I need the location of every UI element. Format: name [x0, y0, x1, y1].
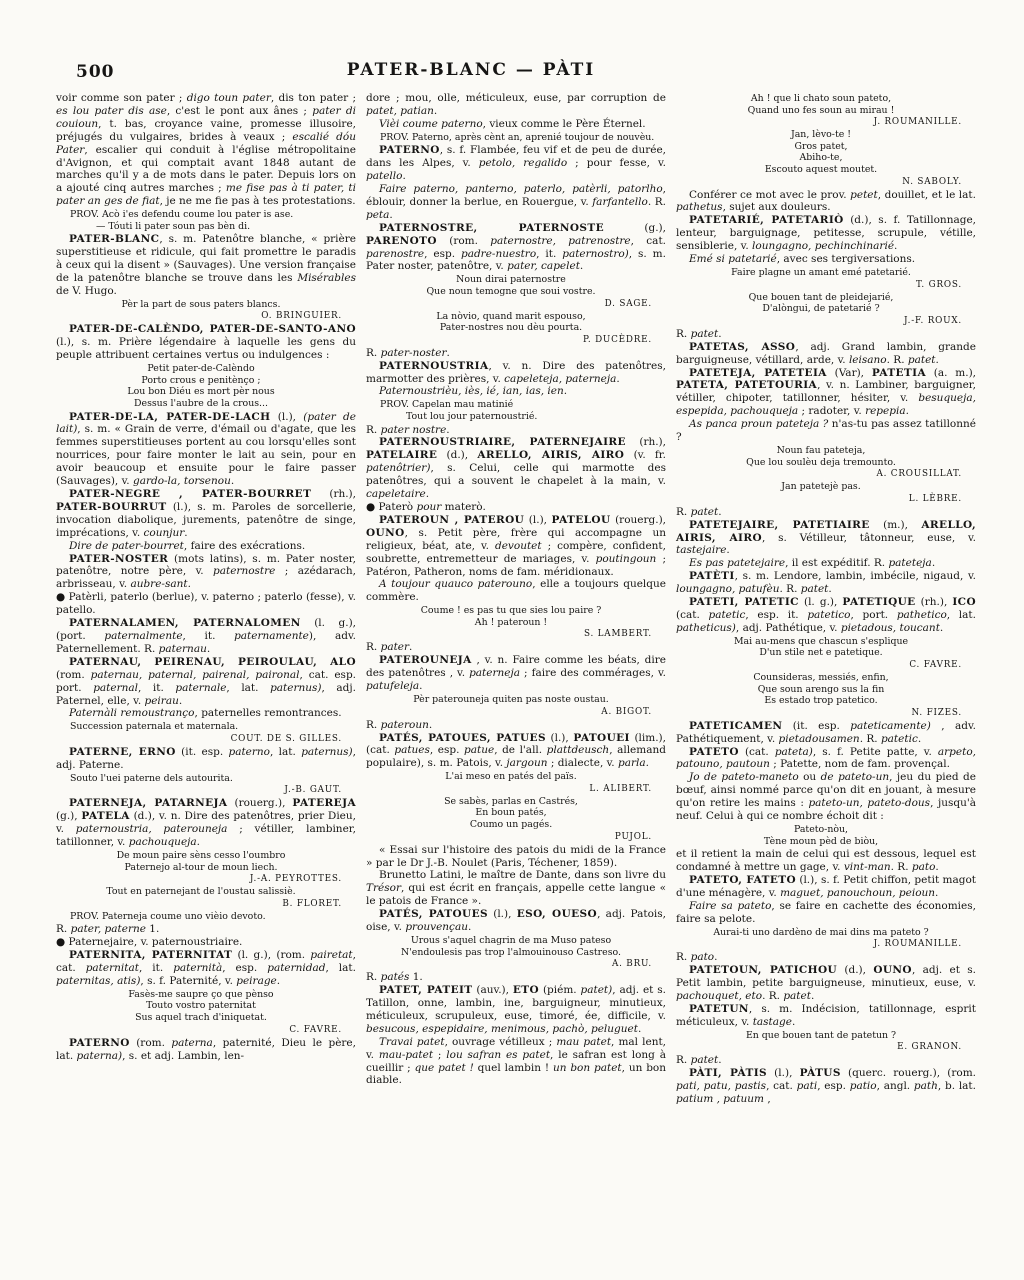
entry-paragraph: Conférer ce mot avec le prov. petet, dou…: [676, 189, 976, 215]
running-header: 500 PATER-BLANC — PÀTI: [56, 60, 976, 86]
verse-quote: De moun paire sèns cesso l'oumbroPaterne…: [56, 850, 346, 873]
entry-paragraph: ● Paternejaire, v. paternoustriaire.: [56, 936, 356, 949]
author-attribution: PUJOL.: [366, 832, 652, 843]
entry-paragraph: PATERNOUSTRIA, v. n. Dire des patenôtres…: [366, 360, 666, 386]
entry-paragraph: PATETAS, ASSO, adj. Grand lambin, grande…: [676, 341, 976, 367]
column-2: dore ; mou, olle, méticuleux, euse, par …: [366, 92, 666, 1106]
author-attribution: J.-A. PEYROTTES.: [56, 874, 342, 885]
author-attribution: B. FLORET.: [56, 899, 342, 910]
verse-quote: Que bouen tant de pleidejarié,D'alòngui,…: [676, 292, 966, 315]
entry-paragraph: PATER-NOSTER (mots latins), s. m. Pater …: [56, 553, 356, 592]
entry-paragraph: Es pas patetejaire, il est expéditif. R.…: [676, 557, 976, 570]
entry-paragraph: PATER-DE-CALÈNDO, PATER-DE-SANTO-ANO (l.…: [56, 323, 356, 362]
entry-paragraph: Brunetto Latini, le maître de Dante, dan…: [366, 869, 666, 908]
entry-paragraph: R. pater nostre.: [366, 424, 666, 437]
page-title: PATER-BLANC — PÀTI: [56, 60, 886, 80]
verse-quote: Jan patetejè pas.: [676, 481, 966, 493]
column-1: voir comme son pater ; digo toun pater, …: [56, 92, 356, 1106]
verse-quote: Jan, lèvo-te !Gros patet,Abiho-te,Escout…: [676, 129, 966, 175]
entry-paragraph: PATER-NEGRE , PATER-BOURRET (rh.), PATER…: [56, 488, 356, 540]
verse-quote: Se sabès, parlas en Castrés,En boun paté…: [366, 796, 656, 831]
proverb-line: PROV. Capelan mau matiniéTout lou jour p…: [380, 399, 666, 422]
verse-quote: Urous s'aquel chagrin de ma Muso patesoN…: [366, 935, 656, 958]
author-attribution: O. BRINGUIER.: [56, 311, 342, 322]
entry-paragraph: ● Patèrli, paterlo (berlue), v. paterno …: [56, 591, 356, 617]
entry-paragraph: PATEROUNEJA , v. n. Faire comme les béat…: [366, 654, 666, 693]
author-attribution: D. SAGE.: [366, 299, 652, 310]
verse-quote: Aurai-ti uno dardèno de mai dins ma pate…: [676, 927, 966, 939]
author-attribution: J. ROUMANILLE.: [676, 117, 962, 128]
verse-quote: En que bouen tant de patetun ?: [676, 1030, 966, 1042]
proverb-line: Souto l'uei paterne dels autourita.: [70, 773, 356, 785]
entry-paragraph: R. pateroun.: [366, 719, 666, 732]
entry-paragraph: Jo de pateto-maneto ou de pateto-un, jeu…: [676, 771, 976, 823]
proverb-line: Succession paternala et maternala.: [70, 721, 356, 733]
entry-paragraph: PATÈTI, s. m. Lendore, lambin, imbécile,…: [676, 570, 976, 596]
author-attribution: J.-F. ROUX.: [676, 316, 962, 327]
author-attribution: J. ROUMANILLE.: [676, 939, 962, 950]
entry-paragraph: PATETARIÉ, PATETARIÒ (d.), s. f. Tatillo…: [676, 214, 976, 253]
entry-paragraph: dore ; mou, olle, méticuleux, euse, par …: [366, 92, 666, 118]
verse-quote: Noun fau pateteja,Que lou soulèu deja tr…: [676, 445, 966, 468]
entry-paragraph: PATER-DE-LA, PATER-DE-LACH (l.), (pater …: [56, 411, 356, 488]
entry-paragraph: A toujour quauco paterouno, elle a toujo…: [366, 578, 666, 604]
author-attribution: A. CROUSILLAT.: [676, 469, 962, 480]
verse-quote: Pateto-nòu,Tène moun pèd de biòu,: [676, 824, 966, 847]
author-attribution: P. DUCÈDRE.: [366, 335, 652, 346]
entry-paragraph: R. patet.: [676, 506, 976, 519]
proverb-line: PROV. Acò i'es defendu coume lou pater i…: [70, 209, 356, 232]
text-columns: voir comme son pater ; digo toun pater, …: [56, 92, 976, 1106]
column-3: Ah ! que li chato soun pateto,Quand uno …: [676, 92, 976, 1106]
entry-paragraph: PATERNO, s. f. Flambée, feu vif et de pe…: [366, 144, 666, 183]
entry-paragraph: PATETO, FATETO (l.), s. f. Petit chiffon…: [676, 874, 976, 900]
entry-paragraph: PATETICAMEN (it. esp. pateticamente) , a…: [676, 720, 976, 746]
author-attribution: COUT. DE S. GILLES.: [56, 734, 342, 745]
entry-paragraph: R. patés 1.: [366, 971, 666, 984]
entry-paragraph: PATERNE, ERNO (it. esp. paterno, lat. pa…: [56, 746, 356, 772]
entry-paragraph: Faire sa pateto, se faire en cachette de…: [676, 900, 976, 926]
verse-quote: Noun dirai paternostreQue noun temogne q…: [366, 274, 656, 297]
entry-paragraph: « Essai sur l'histoire des patois du mid…: [366, 844, 666, 870]
entry-paragraph: PATERNITA, PATERNITAT (l. g.), (rom. pai…: [56, 949, 356, 988]
entry-paragraph: PATETI, PATETIC (l. g.), PATETIQUE (rh.)…: [676, 596, 976, 635]
entry-paragraph: PATET, PATEIT (auv.), ETO (piém. patet),…: [366, 984, 666, 1036]
proverb-line: PROV. Paterno, après cènt an, aprenié to…: [380, 132, 666, 144]
entry-paragraph: voir comme son pater ; digo toun pater, …: [56, 92, 356, 208]
entry-paragraph: PATER-BLANC, s. m. Patenôtre blanche, « …: [56, 233, 356, 298]
entry-paragraph: PATEROUN , PATEROU (l.), PATELOU (rouerg…: [366, 514, 666, 579]
entry-paragraph: PATERNO (rom. paterna, paternité, Dieu l…: [56, 1037, 356, 1063]
entry-paragraph: R. pater-noster.: [366, 347, 666, 360]
entry-paragraph: R. patet.: [676, 1054, 976, 1067]
entry-paragraph: PÀTI, PÀTIS (l.), PÀTUS (querc. rouerg.)…: [676, 1067, 976, 1106]
entry-paragraph: PATETO (cat. pateta), s. f. Petite patte…: [676, 746, 976, 772]
entry-paragraph: R. pato.: [676, 951, 976, 964]
entry-paragraph: ● Paterò pour materò.: [366, 501, 666, 514]
entry-paragraph: PATERNALAMEN, PATERNALOMEN (l. g.), (por…: [56, 617, 356, 656]
entry-paragraph: PATÉS, PATOUES, PATUES (l.), PATOUEI (li…: [366, 732, 666, 771]
entry-paragraph: Dire de pater-bourret, faire des exécrat…: [56, 540, 356, 553]
author-attribution: A. BRU.: [366, 959, 652, 970]
entry-paragraph: PATERNAU, PEIRENAU, PEIROULAU, ALO (rom.…: [56, 656, 356, 708]
entry-paragraph: Paternàli remoustranço, paternelles remo…: [56, 707, 356, 720]
verse-quote: Counsideras, messiés, enfin,Que soun are…: [676, 672, 966, 707]
entry-paragraph: PATERNOUSTRIAIRE, PATERNEJAIRE (rh.), PA…: [366, 436, 666, 501]
proverb-line: PROV. Paterneja coume uno vièio devoto.: [70, 911, 356, 923]
entry-paragraph: R. pater, paterne 1.: [56, 923, 356, 936]
verse-quote: Fasès-me saupre ço que pènsoTouto vostro…: [56, 989, 346, 1024]
entry-paragraph: R. pater.: [366, 641, 666, 654]
author-attribution: L. LÈBRE.: [676, 494, 962, 505]
entry-paragraph: PATÉS, PATOUES (l.), ESO, OUESO, adj. Pa…: [366, 908, 666, 934]
entry-paragraph: PATETOUN, PATICHOU (d.), OUNO, adj. et s…: [676, 964, 976, 1003]
author-attribution: N. FIZES.: [676, 708, 962, 719]
verse-quote: Pèr paterouneja quiten pas noste oustau.: [366, 694, 656, 706]
verse-quote: Tout en paternejant de l'oustau salissiè…: [56, 886, 346, 898]
author-attribution: T. GROS.: [676, 280, 962, 291]
author-attribution: C. FAVRE.: [56, 1025, 342, 1036]
entry-paragraph: PATERNEJA, PATARNEJA (rouerg.), PATEREJA…: [56, 797, 356, 849]
author-attribution: A. BIGOT.: [366, 707, 652, 718]
entry-paragraph: PATERNOSTRE, PATERNOSTE (g.), PARENOTO (…: [366, 222, 666, 274]
author-attribution: E. GRANON.: [676, 1042, 962, 1053]
author-attribution: C. FAVRE.: [676, 660, 962, 671]
author-attribution: S. LAMBERT.: [366, 629, 652, 640]
entry-paragraph: PATETUN, s. m. Indécision, tatillonnage,…: [676, 1003, 976, 1029]
verse-quote: L'ai meso en patés del païs.: [366, 771, 656, 783]
author-attribution: L. ALIBERT.: [366, 784, 652, 795]
verse-quote: Mai au-mens que chascun s'espliqueD'un s…: [676, 636, 966, 659]
verse-quote: Faire plagne un amant emé patetarié.: [676, 267, 966, 279]
entry-paragraph: et il retient la main de celui qui est d…: [676, 848, 976, 874]
entry-paragraph: Emé si patetarié, avec ses tergiversatio…: [676, 253, 976, 266]
dictionary-page: 500 PATER-BLANC — PÀTI voir comme son pa…: [0, 0, 1024, 1280]
author-attribution: N. SABOLY.: [676, 177, 962, 188]
entry-paragraph: Faire paterno, panterno, paterlo, patèrl…: [366, 183, 666, 222]
entry-paragraph: R. patet.: [676, 328, 976, 341]
verse-quote: Ah ! que li chato soun pateto,Quand uno …: [676, 93, 966, 116]
entry-paragraph: As panca proun pateteja ? n'as-tu pas as…: [676, 418, 976, 444]
entry-paragraph: PATETEJAIRE, PATETIAIRE (m.), ARELLO, AI…: [676, 519, 976, 558]
verse-quote: Coume ! es pas tu que sies lou paire ?Ah…: [366, 605, 656, 628]
entry-paragraph: Travai patet, ouvrage vétilleux ; mau pa…: [366, 1036, 666, 1088]
entry-paragraph: Vièi coume paterno, vieux comme le Père …: [366, 118, 666, 131]
author-attribution: J.-B. GAUT.: [56, 785, 342, 796]
entry-paragraph: Paternoustrièu, iès, ié, ian, ias, ien.: [366, 385, 666, 398]
entry-paragraph: PATETEJA, PATETEIA (Var), PATETIA (a. m.…: [676, 367, 976, 419]
verse-quote: Petit pater-de-CalèndoPorto crous e peni…: [56, 363, 346, 409]
verse-quote: La nòvio, quand marit espouso,Pater-nost…: [366, 311, 656, 334]
verse-quote: Pèr la part de sous paters blancs.: [56, 299, 346, 311]
